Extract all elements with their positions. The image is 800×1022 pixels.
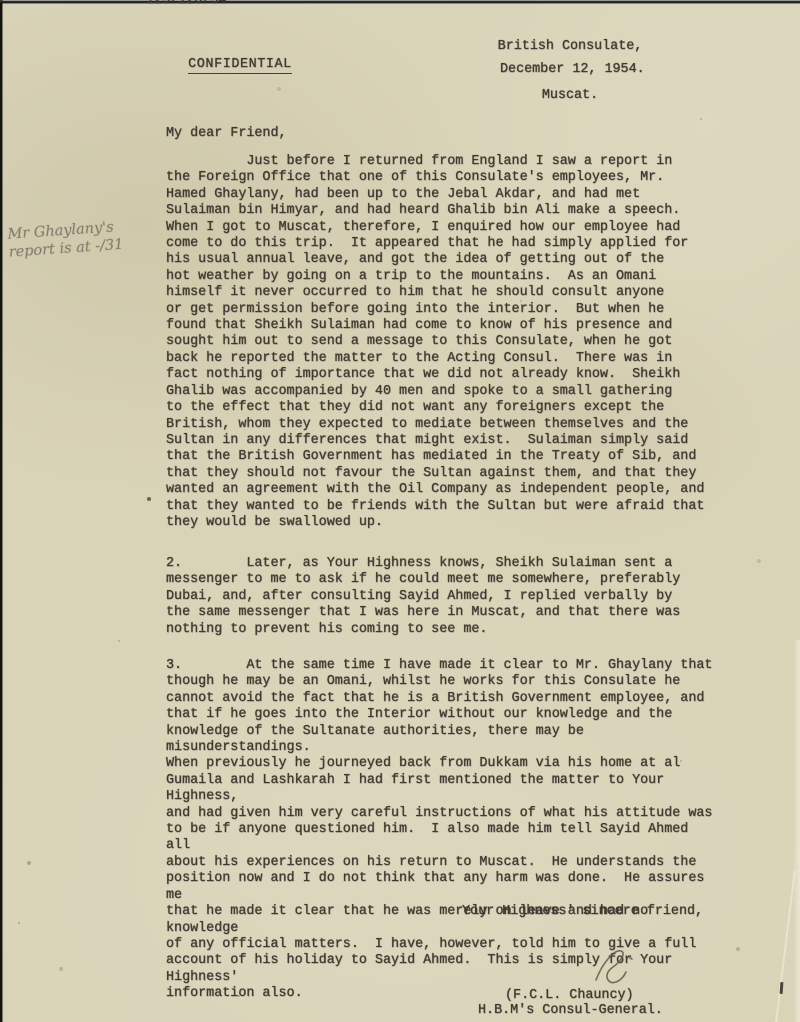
scanned-letter-page: 125/120/54 British Consulate, Muscat. CO… (0, 0, 800, 1022)
signature-title: H.B.M's Consul-General. (478, 1003, 663, 1019)
marginalia-note: Mr Ghaylany's report is at -/31 (7, 216, 144, 261)
closing-line: Your Highness' sincere friend, (462, 904, 703, 920)
margin-dot (147, 497, 151, 501)
paper-edge-highlight (793, 640, 800, 1022)
scan-edge-top (0, 0, 800, 4)
date-line: December 12, 1954. (500, 62, 645, 78)
scan-edge-left (0, 0, 3, 1022)
signature-mark (586, 944, 648, 992)
reference-number: 125/120/54 (146, 0, 226, 9)
classification-stamp: CONFIDENTIAL (156, 41, 292, 90)
letterhead-line1: British Consulate, (495, 39, 645, 55)
letterhead-line2: Muscat. (495, 88, 645, 104)
paper-speckles (0, 0, 2, 2)
signature-name: (F.C.L. Chauncy) (505, 988, 634, 1004)
ink-smudge (780, 982, 784, 994)
paragraph-2: 2. Later, as Your Highness knows, Sheikh… (166, 556, 714, 638)
paragraph-1: Just before I returned from England I sa… (166, 154, 714, 531)
salutation: My dear Friend, (166, 126, 287, 142)
